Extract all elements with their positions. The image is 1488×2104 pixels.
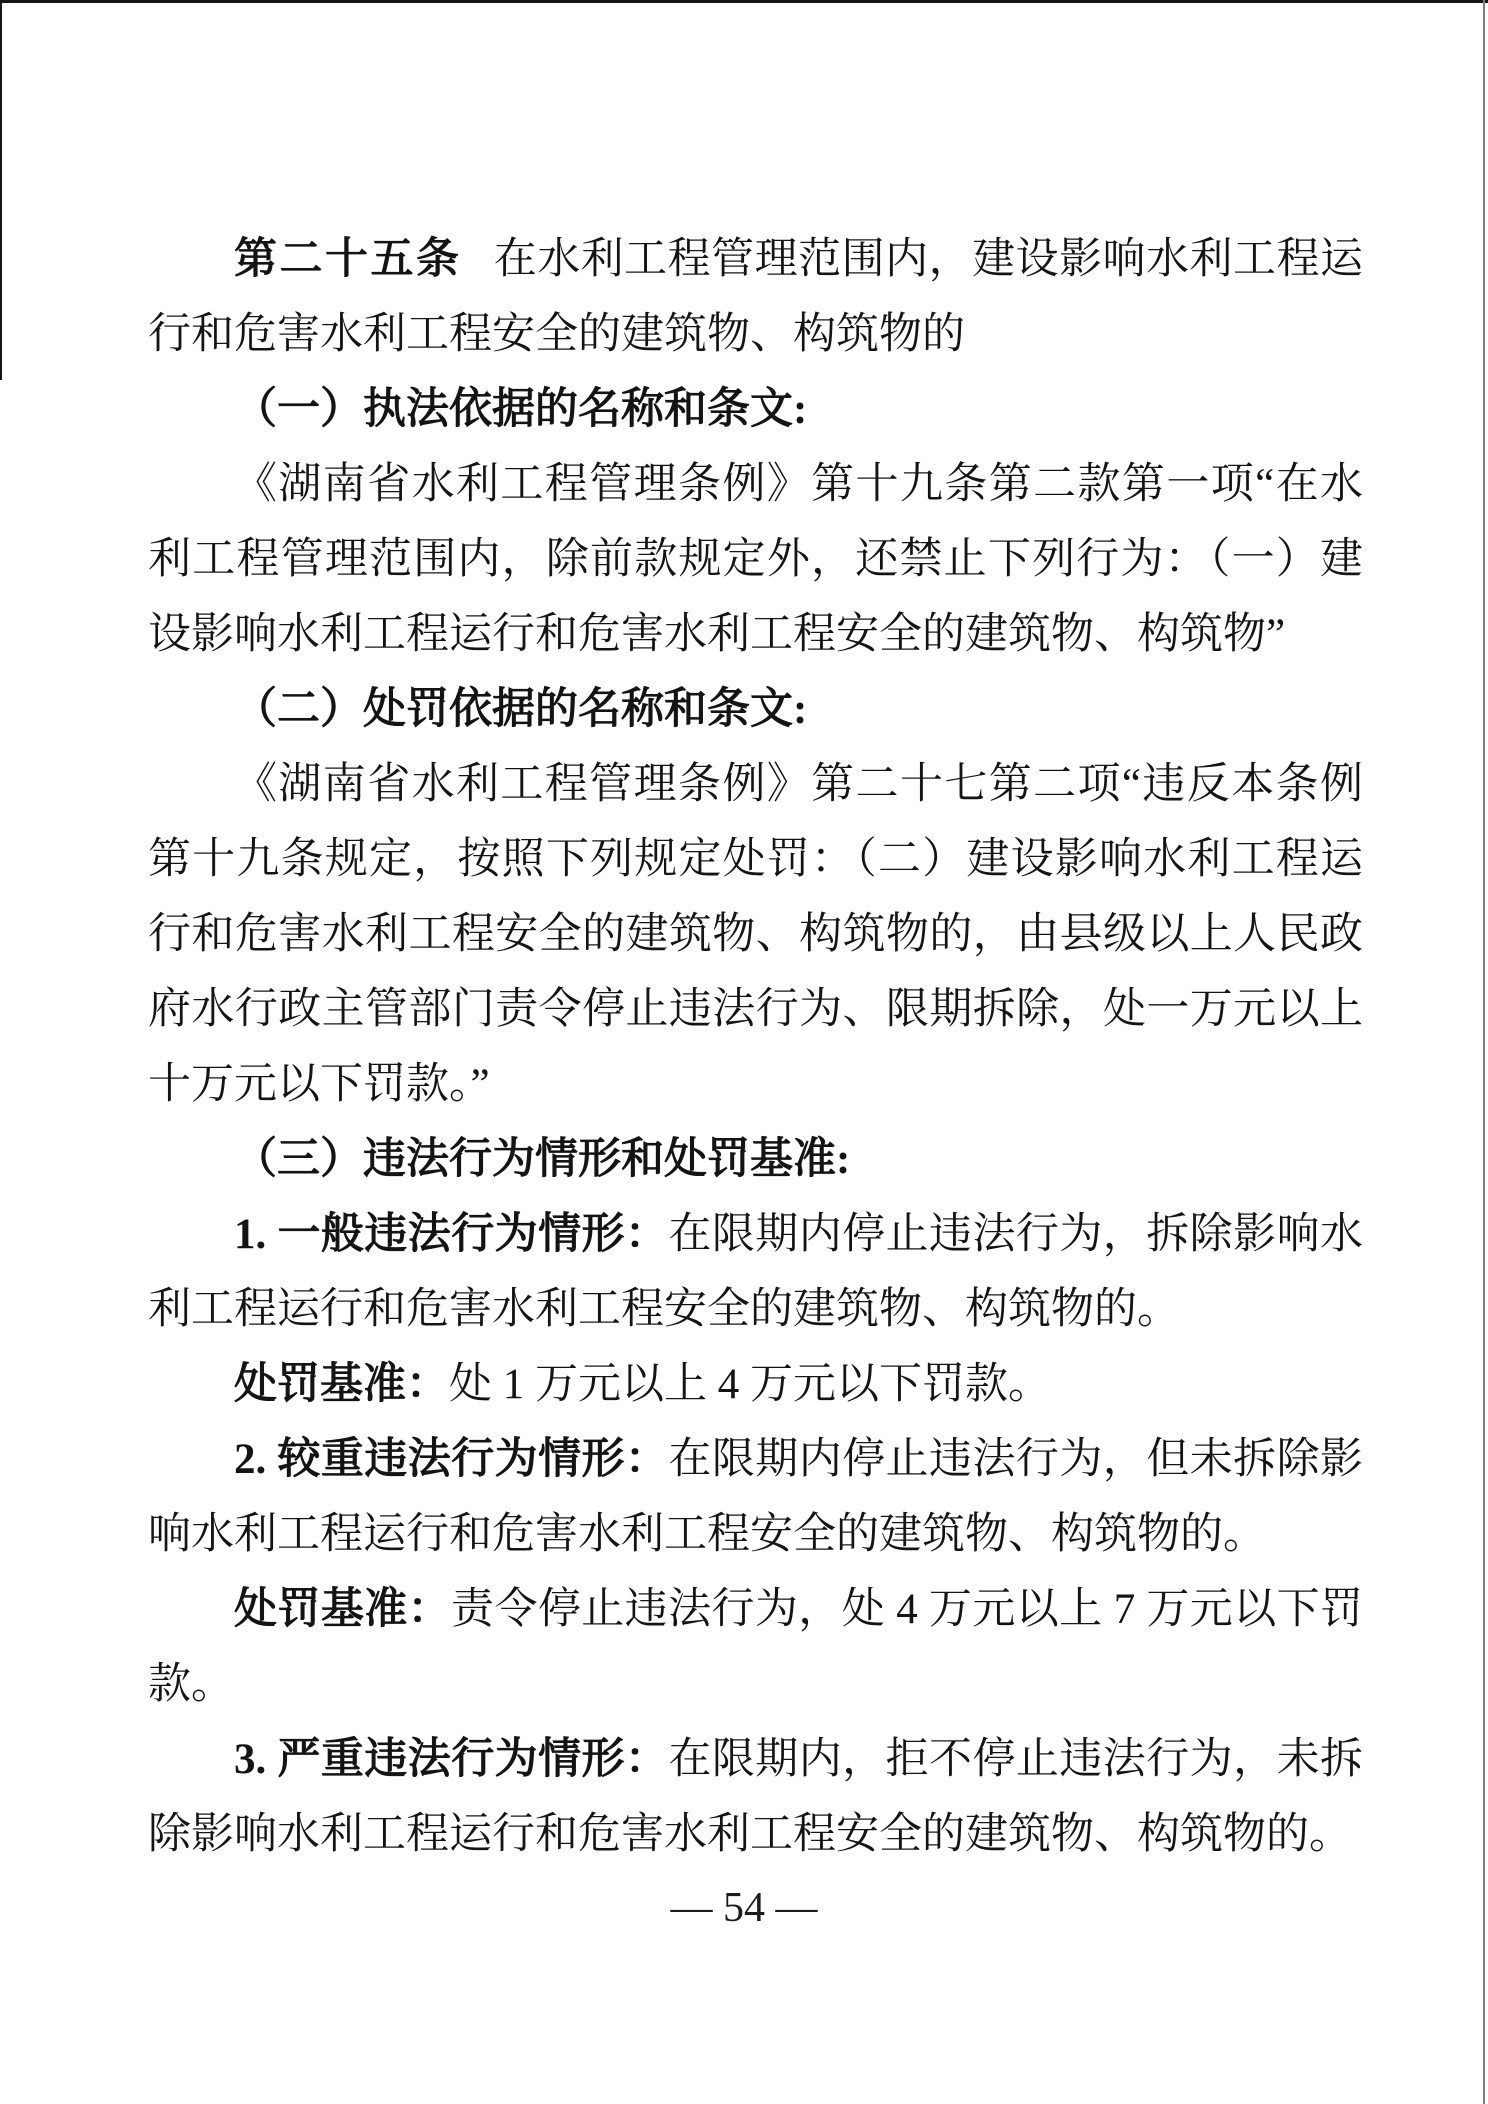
article-number-lead: 第二十五条 bbox=[234, 235, 461, 283]
item-paragraph-general-violation: 1. 一般违法行为情形：在限期内停止违法行为，拆除影响水利工程运行和危害水利工程… bbox=[148, 1197, 1363, 1347]
section-heading-basis-punishment: （二）处罚依据的名称和条文: bbox=[148, 672, 1363, 747]
item-paragraph-severe-violation: 3. 严重违法行为情形：在限期内，拒不停止违法行为，未拆除影响水利工程运行和危害… bbox=[148, 1722, 1363, 1872]
scan-edge-left bbox=[0, 0, 2, 380]
item-lead-moderate-violation: 2. 较重违法行为情形： bbox=[234, 1436, 668, 1483]
item-paragraph-penalty-standard-2: 处罚基准：责令停止违法行为，处 4 万元以上 7 万元以下罚款。 bbox=[148, 1572, 1363, 1722]
body-paragraph-enforcement-clause: 《湖南省水利工程管理条例》第十九条第二款第一项“在水利工程管理范围内，除前款规定… bbox=[148, 447, 1363, 672]
article-paragraph: 第二十五条在水利工程管理范围内，建设影响水利工程运行和危害水利工程安全的建筑物、… bbox=[148, 222, 1363, 372]
section-heading-violation-criteria: （三）违法行为情形和处罚基准: bbox=[148, 1122, 1363, 1197]
scan-edge-top bbox=[0, 0, 1488, 3]
scan-edge-right bbox=[1483, 0, 1485, 2104]
item-text-penalty-standard-1: 处 1 万元以上 4 万元以下罚款。 bbox=[449, 1361, 1051, 1408]
item-lead-general-violation: 1. 一般违法行为情形： bbox=[234, 1211, 668, 1258]
item-lead-penalty-standard-2: 处罚基准： bbox=[234, 1586, 451, 1633]
document-page: 第二十五条在水利工程管理范围内，建设影响水利工程运行和危害水利工程安全的建筑物、… bbox=[0, 0, 1488, 2104]
document-body: 第二十五条在水利工程管理范围内，建设影响水利工程运行和危害水利工程安全的建筑物、… bbox=[148, 222, 1363, 1872]
item-lead-severe-violation: 3. 严重违法行为情形： bbox=[234, 1736, 668, 1783]
item-paragraph-moderate-violation: 2. 较重违法行为情形：在限期内停止违法行为，但未拆除影响水利工程运行和危害水利… bbox=[148, 1422, 1363, 1572]
item-lead-penalty-standard-1: 处罚基准： bbox=[234, 1361, 449, 1408]
section-heading-basis-enforcement: （一）执法依据的名称和条文: bbox=[148, 372, 1363, 447]
item-paragraph-penalty-standard-1: 处罚基准：处 1 万元以上 4 万元以下罚款。 bbox=[148, 1347, 1363, 1422]
page-number: — 54 — bbox=[0, 1882, 1488, 1934]
body-paragraph-punishment-clause: 《湖南省水利工程管理条例》第二十七第二项“违反本条例第十九条规定，按照下列规定处… bbox=[148, 747, 1363, 1122]
